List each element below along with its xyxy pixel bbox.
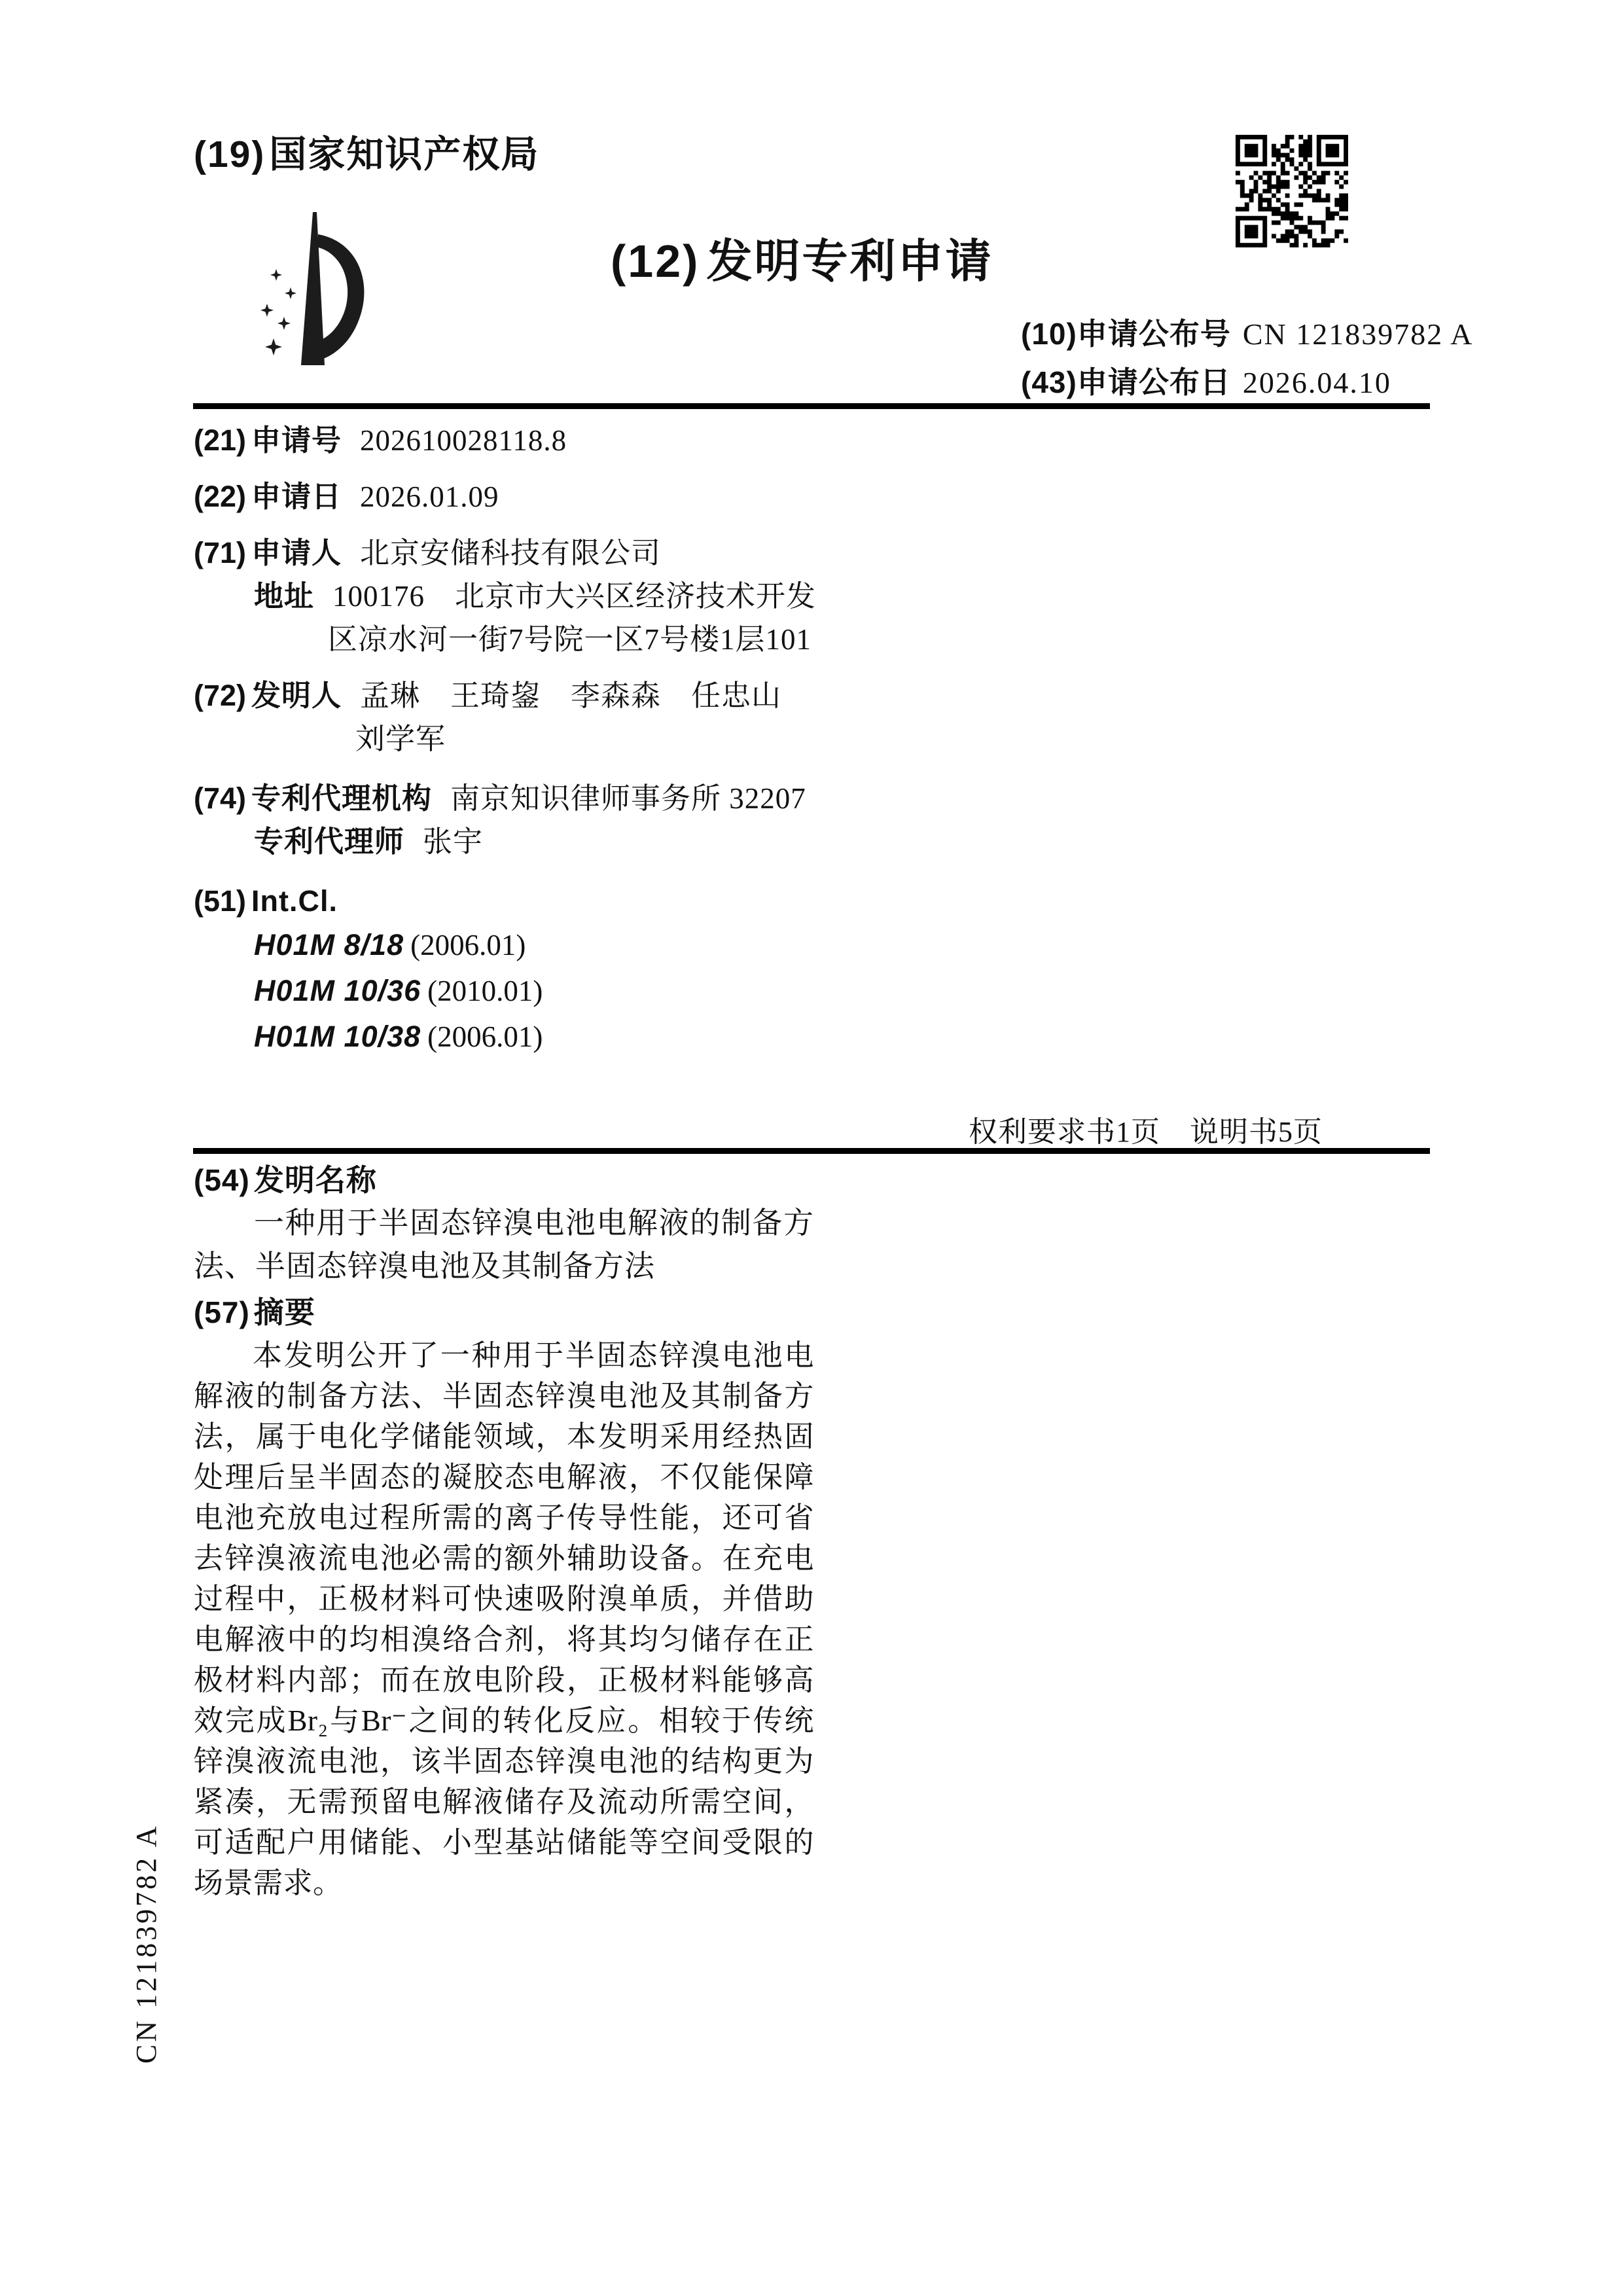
qr-code: [1236, 135, 1348, 247]
logo-star-5: [265, 338, 282, 355]
applicant-address-line2: 区凉水河一街7号院一区7号楼1层101: [194, 618, 1005, 661]
inventors-label: 发明人: [251, 679, 342, 712]
pub-date-label: (43)申请公布日: [1021, 365, 1231, 399]
abstract-text: 本发明公开了一种用于半固态锌溴电池电解液的制备方法、半固态锌溴电池及其制备方法，…: [194, 1335, 814, 1903]
logo-star-4: [277, 317, 291, 330]
address-label: 地址: [254, 579, 314, 613]
logo-star-3: [260, 304, 274, 317]
office-label: 国家知识产权局: [269, 134, 539, 175]
applicant-label: 申请人: [251, 536, 342, 569]
application-number-label: 申请号: [251, 423, 342, 457]
application-date-value: 2026.01.09: [360, 480, 499, 513]
office-num: (19): [194, 134, 265, 175]
agent-label: 专利代理师: [254, 825, 404, 858]
inventors-row: (72)发明人孟琳 王琦鋆 李森森 任忠山 刘学军: [194, 674, 1005, 761]
invention-title-heading: (54)发明名称: [194, 1160, 814, 1200]
top-divider: [193, 403, 1430, 409]
publication-block: (10)申请公布号CN 121839782 A (43)申请公布日2026.04…: [1021, 310, 1473, 406]
doc-type-title: (12)发明专利申请: [611, 224, 993, 291]
inventors-line1: 孟琳 王琦鋆 李森森 任忠山: [360, 679, 781, 712]
applicant-row: (71)申请人北京安储科技有限公司 地址100176 北京市大兴区经济技术开发 …: [194, 531, 1005, 661]
cnipa-logo: [255, 211, 374, 370]
ipc-entry-2: H01M 10/36(2010.01): [194, 968, 1005, 1014]
agent-line: 专利代理师张宇: [194, 820, 1005, 863]
ipc-entry-1: H01M 8/18(2006.01): [194, 922, 1005, 968]
patent-front-page: (19)国家知识产权局 (12)发明专利申请 (10)申请公布号CN 12183…: [0, 0, 1623, 2296]
ipc-entry-3: H01M 10/38(2006.01): [194, 1014, 1005, 1060]
doc-type-num: (12): [611, 236, 700, 287]
office-line: (19)国家知识产权局: [194, 124, 539, 178]
pub-number-label: (10)申请公布号: [1021, 317, 1231, 351]
applicant-value: 北京安储科技有限公司: [360, 537, 661, 569]
applicant-address-line1: 地址100176 北京市大兴区经济技术开发: [194, 575, 1005, 618]
application-date-label: 申请日: [251, 480, 342, 513]
logo-star-2: [285, 287, 296, 299]
inventors-line2: 刘学军: [194, 717, 1005, 761]
middle-divider: [193, 1148, 1430, 1154]
logo-star-1: [270, 269, 282, 281]
logo-hook: [318, 234, 364, 360]
abstract-label: 摘要: [254, 1295, 315, 1329]
invention-title: 一种用于半固态锌溴电池电解液的制备方法、半固态锌溴电池及其制备方法: [194, 1202, 814, 1288]
agency-value: 南京知识律师事务所 32207: [450, 782, 806, 815]
agency-label: 专利代理机构: [251, 781, 432, 815]
sidebar-doc-id: CN 121839782 A: [130, 1788, 168, 2099]
int-cl-row: (51)Int.Cl. H01M 8/18(2006.01) H01M 10/3…: [194, 880, 1005, 1060]
abstract-heading: (57)摘要: [194, 1292, 814, 1333]
pages-info: 权利要求书1页 说明书5页: [969, 1108, 1323, 1150]
int-cl-label: Int.Cl.: [251, 884, 338, 918]
pub-number-row: (10)申请公布号CN 121839782 A: [1021, 310, 1473, 358]
agency-row: (74)专利代理机构南京知识律师事务所 32207 专利代理师张宇: [194, 777, 1005, 863]
application-number-value: 202610028118.8: [360, 424, 567, 457]
pub-number-value: CN 121839782 A: [1243, 317, 1474, 351]
pub-date-row: (43)申请公布日2026.04.10: [1021, 358, 1473, 406]
doc-type-label: 发明专利申请: [706, 236, 993, 287]
pub-date-value: 2026.04.10: [1243, 366, 1391, 399]
application-date-row: (22)申请日2026.01.09: [194, 475, 1005, 518]
agent-value: 张宇: [423, 825, 483, 858]
bibliographic-data: (21)申请号202610028118.8 (22)申请日2026.01.09 …: [194, 419, 1005, 1060]
application-number-row: (21)申请号202610028118.8: [194, 419, 1005, 462]
title-abstract-column: (54)发明名称 一种用于半固态锌溴电池电解液的制备方法、半固态锌溴电池及其制备…: [194, 1160, 814, 1903]
invention-title-label: 发明名称: [254, 1163, 377, 1197]
